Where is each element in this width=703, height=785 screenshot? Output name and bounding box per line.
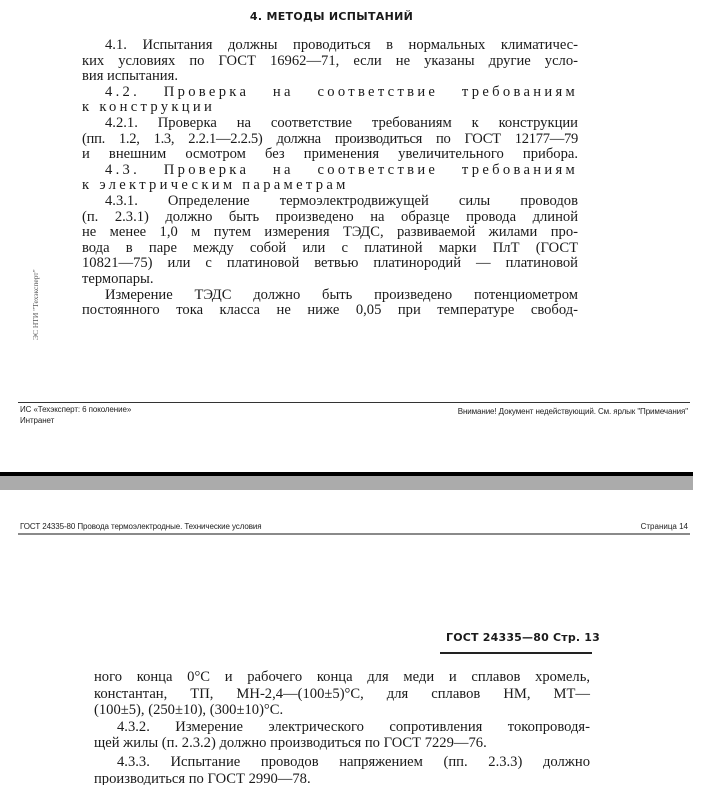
footer-divider (18, 402, 690, 403)
paragraph-4-3-1-end: ного конца 0°С и рабочего конца для меди… (94, 669, 590, 719)
paragraph-4-3-1-continued: Измерение ТЭДС должно быть произведено п… (82, 288, 578, 319)
document-body-top: 4.1. Испытания должны проводиться в норм… (82, 38, 578, 319)
page-header-document-title: ГОСТ 24335-80 Провода термоэлектродные. … (20, 522, 261, 531)
page-header-page-number: Страница 14 (641, 522, 688, 531)
text-line: к конструкции (82, 100, 578, 116)
text-line: ких условиях по ГОСТ 16962—71, если не у… (82, 54, 578, 70)
paragraph-4-1: 4.1. Испытания должны проводиться в норм… (82, 38, 578, 85)
heading-4-2: 4.2. Проверка на соответствие требования… (82, 85, 578, 116)
text-line: 4.3. Проверка на соответствие требования… (82, 163, 578, 179)
text-line: (пп. 1.2, 1.3, 2.2.1—2.2.5) должна произ… (82, 132, 578, 148)
text-line: (п. 2.3.1) должно быть произведено на об… (82, 210, 578, 226)
text-line: производиться по ГОСТ 2990—78. (94, 771, 590, 785)
text-line: 4.2. Проверка на соответствие требования… (82, 85, 578, 101)
text-line: ного конца 0°С и рабочего конца для меди… (94, 669, 590, 686)
footer-network: Интранет (20, 416, 131, 427)
heading-4-3: 4.3. Проверка на соответствие требования… (82, 163, 578, 194)
section-title: 4. МЕТОДЫ ИСПЫТАНИЙ (0, 10, 663, 23)
text-line: щей жилы (п. 2.3.2) должно производиться… (94, 735, 590, 752)
text-line: вия испытания. (82, 69, 578, 85)
footer-warning: Внимание! Документ недействующий. См. яр… (458, 407, 688, 416)
text-line: 4.2.1. Проверка на соответствие требован… (82, 116, 578, 132)
text-line: 4.3.2. Измерение электрического сопротив… (94, 719, 590, 736)
paragraph-4-3-1: 4.3.1. Определение термоэлектродвижущей … (82, 194, 578, 288)
footer-system-name: ИС «Техэксперт: 6 поколение» (20, 405, 131, 416)
page-stamp-underline (440, 652, 592, 654)
text-line: (100±5), (250±10), (300±10)°С. (94, 702, 590, 719)
text-line: 4.3.1. Определение термоэлектродвижущей … (82, 194, 578, 210)
header-divider (18, 533, 690, 535)
paragraph-4-2-1: 4.2.1. Проверка на соответствие требован… (82, 116, 578, 163)
paragraph-4-3-3: 4.3.3. Испытание проводов напряжением (п… (94, 754, 590, 785)
side-watermark-stamp: ЭС НТИ "Техэксперт" (31, 269, 40, 340)
paragraph-4-3-2: 4.3.2. Измерение электрического сопротив… (94, 719, 590, 752)
page-separator-gray (0, 476, 693, 490)
text-line: к электрическим параметрам (82, 178, 578, 194)
text-line: 10821—75) или с платиновой ветвью платин… (82, 256, 578, 272)
footer-source: ИС «Техэксперт: 6 поколение» Интранет (20, 405, 131, 426)
text-line: не менее 1,0 м путем измерения ТЭДС, раз… (82, 225, 578, 241)
text-line: константан, ТП, МН-2,4—(100±5)°С, для сп… (94, 686, 590, 703)
text-line: вода в паре между собой или с платиной м… (82, 241, 578, 257)
original-page-stamp: ГОСТ 24335—80 Стр. 13 (446, 631, 600, 644)
text-line: и внешним осмотром без применения увелич… (82, 147, 578, 163)
text-line: 4.3.3. Испытание проводов напряжением (п… (94, 754, 590, 771)
text-line: Измерение ТЭДС должно быть произведено п… (82, 288, 578, 304)
text-line: 4.1. Испытания должны проводиться в норм… (82, 38, 578, 54)
text-line: постоянного тока класса не ниже 0,05 при… (82, 303, 578, 319)
text-line: термопары. (82, 272, 578, 288)
document-body-bottom: ного конца 0°С и рабочего конца для меди… (94, 669, 590, 785)
